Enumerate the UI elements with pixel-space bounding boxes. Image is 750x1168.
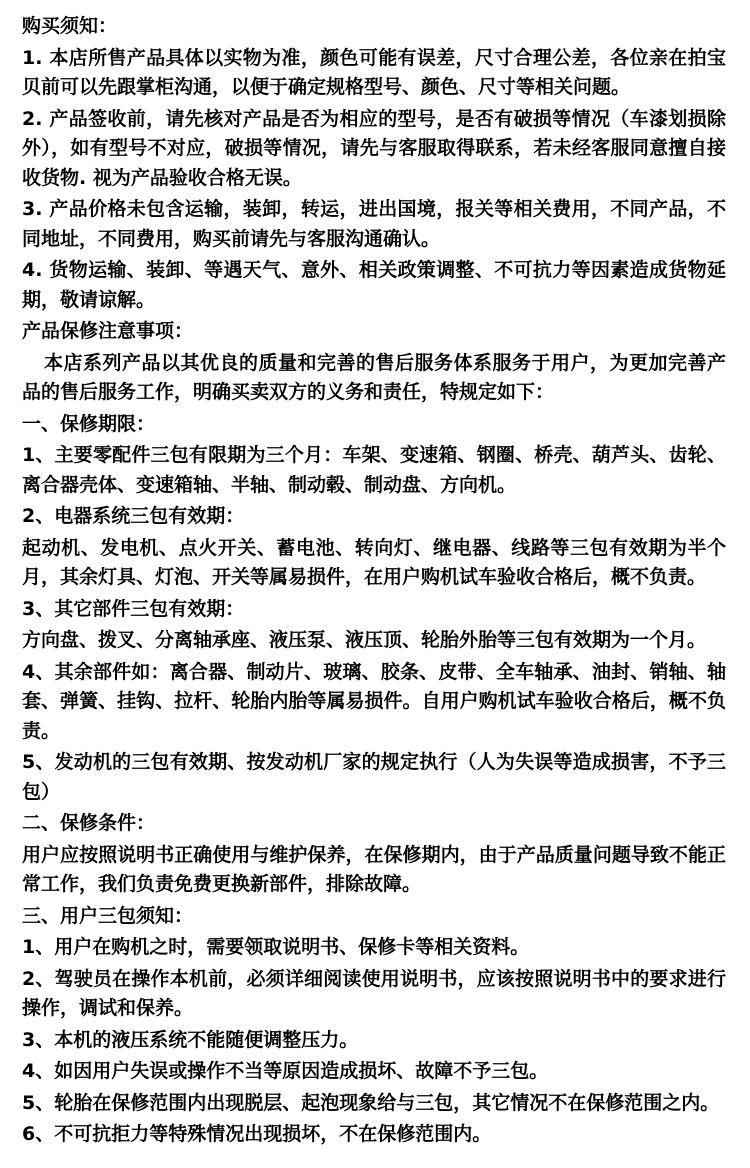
warranty-period-item-7: 5、发动机的三包有效期、按发动机厂家的规定执行（人为失误等造成损害，不予三包） [22, 748, 726, 807]
warranty-conditions-item-1: 用户应按照说明书正确使用与维护保养，在保修期内，由于产品质量问题导致不能正常工作… [22, 841, 726, 900]
purchase-notice-item-4: 4. 货物运输、装卸、等遇天气、意外、相关政策调整、不可抗力等因素造成货物延期，… [22, 256, 726, 315]
warranty-period-item-4: 3、其它部件三包有效期： [22, 595, 726, 625]
user-notice-heading: 三、用户三包须知： [22, 902, 726, 932]
user-notice-item-5: 5、轮胎在保修范围内出现脱层、起泡现象给与三包，其它情况不在保修范围之内。 [22, 1089, 726, 1119]
warranty-conditions-heading: 二、保修条件： [22, 809, 726, 839]
user-notice-item-2: 2、驾驶员在操作本机前，必须详细阅读使用说明书，应该按照说明书中的要求进行操作，… [22, 965, 726, 1024]
warranty-period-heading: 一、保修期限： [22, 410, 726, 440]
user-notice-item-6: 6、不可抗拒力等特殊情况出现损坏，不在保修范围内。 [22, 1120, 726, 1150]
purchase-notice-item-1: 1. 本店所售产品具体以实物为准，颜色可能有误差，尺寸合理公差，各位亲在拍宝贝前… [22, 44, 726, 103]
purchase-notice-item-2: 2. 产品签收前，请先核对产品是否为相应的型号，是否有破损等情况（车漆划损除外）… [22, 105, 726, 194]
warranty-period-item-6: 4、其余部件如：离合器、制动片、玻璃、胶条、皮带、全车轴承、油封、销轴、轴套、弹… [22, 658, 726, 747]
warranty-notice-heading: 产品保修注意事项： [22, 317, 726, 347]
document-page: 购买须知： 1. 本店所售产品具体以实物为准，颜色可能有误差，尺寸合理公差，各位… [0, 0, 750, 1162]
user-notice-item-4: 4、如因用户失误或操作不当等原因造成损坏、故障不予三包。 [22, 1057, 726, 1087]
purchase-notice-item-3: 3. 产品价格未包含运输，装卸，转运，进出国境，报关等相关费用，不同产品，不同地… [22, 195, 726, 254]
user-notice-item-3: 3、本机的液压系统不能随便调整压力。 [22, 1026, 726, 1056]
warranty-period-item-2: 2、电器系统三包有效期： [22, 502, 726, 532]
warranty-intro: 本店系列产品以其优良的质量和完善的售后服务体系服务于用户，为更加完善产品的售后服… [22, 349, 726, 408]
warranty-period-item-1: 1、主要零配件三包有限期为三个月：车架、变速箱、钢圈、桥壳、葫芦头、齿轮、离合器… [22, 441, 726, 500]
user-notice-item-1: 1、用户在购机之时，需要领取说明书、保修卡等相关资料。 [22, 933, 726, 963]
purchase-notice-heading: 购买须知： [22, 12, 726, 42]
warranty-period-item-3: 起动机、发电机、点火开关、蓄电池、转向灯、继电器、线路等三包有效期为半个月，其余… [22, 534, 726, 593]
warranty-period-item-5: 方向盘、拨叉、分离轴承座、液压泵、液压顶、轮胎外胎等三包有效期为一个月。 [22, 626, 726, 656]
